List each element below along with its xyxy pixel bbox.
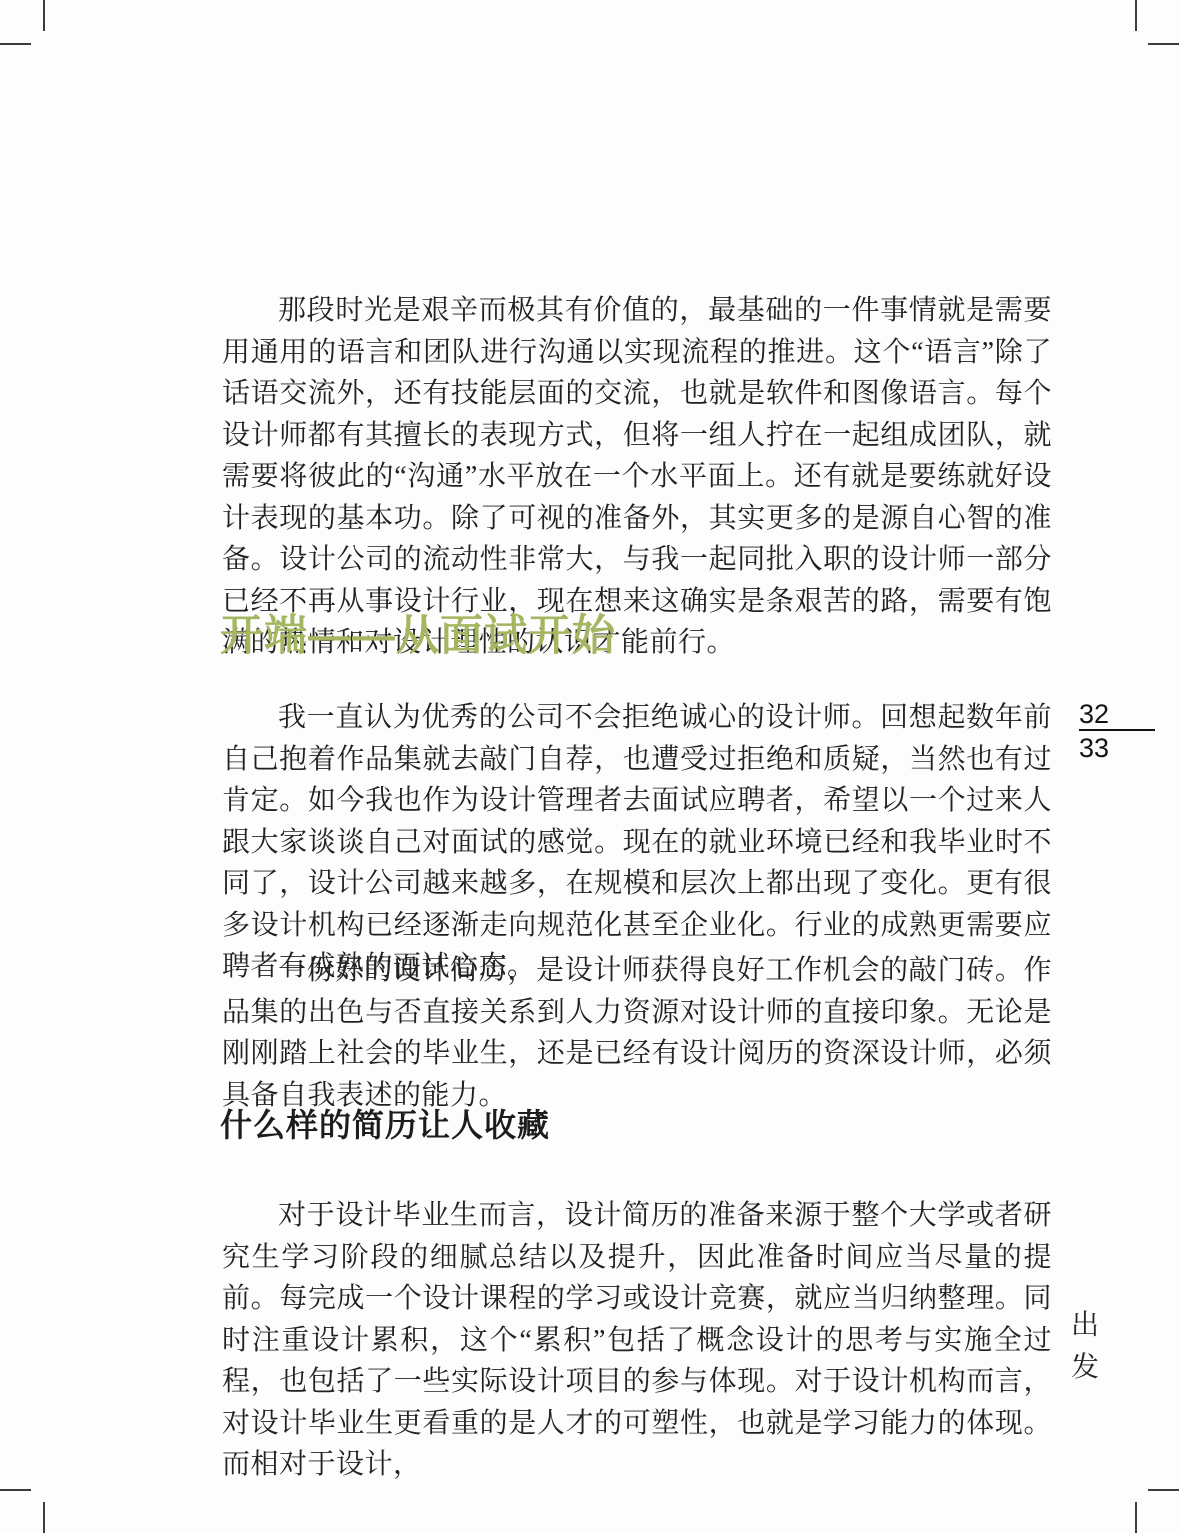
page-number-current: 32	[1079, 700, 1155, 728]
chapter-side-caption: 出 发	[1071, 1312, 1099, 1382]
crop-mark-top-left-vertical	[43, 0, 45, 31]
crop-mark-bottom-right-horizontal	[1148, 1489, 1179, 1491]
page-number-next: 33	[1079, 734, 1155, 762]
body-paragraph-interview-2: 一份好的设计简历，是设计师获得良好工作机会的敲门砖。作品集的出色与否直接关系到人…	[222, 950, 1052, 1116]
crop-mark-top-left-horizontal	[0, 43, 31, 45]
body-paragraph-interview-1: 我一直认为优秀的公司不会拒绝诚心的设计师。回想起数年前自己抱着作品集就去敲门自荐…	[222, 697, 1052, 988]
section-heading: 开端——从面试开始	[220, 612, 616, 661]
book-page: 那段时光是艰辛而极其有价值的，最基础的一件事情就是需要用通用的语言和团队进行沟通…	[0, 0, 1179, 1533]
side-caption-char-1: 出	[1071, 1312, 1099, 1340]
page-number-rule	[1079, 729, 1155, 731]
crop-mark-top-right-vertical	[1135, 0, 1137, 31]
body-paragraph-intro: 那段时光是艰辛而极其有价值的，最基础的一件事情就是需要用通用的语言和团队进行沟通…	[222, 290, 1052, 664]
crop-mark-bottom-left-vertical	[43, 1502, 45, 1533]
side-caption-char-2: 发	[1071, 1354, 1099, 1382]
sub-heading-resume: 什么样的简历让人收藏	[220, 1107, 550, 1144]
crop-mark-bottom-right-vertical	[1135, 1502, 1137, 1533]
page-number-block: 32 33	[1079, 700, 1155, 762]
crop-mark-bottom-left-horizontal	[0, 1489, 31, 1491]
crop-mark-top-right-horizontal	[1148, 43, 1179, 45]
body-paragraph-resume: 对于设计毕业生而言，设计简历的准备来源于整个大学或者研究生学习阶段的细腻总结以及…	[222, 1195, 1052, 1486]
